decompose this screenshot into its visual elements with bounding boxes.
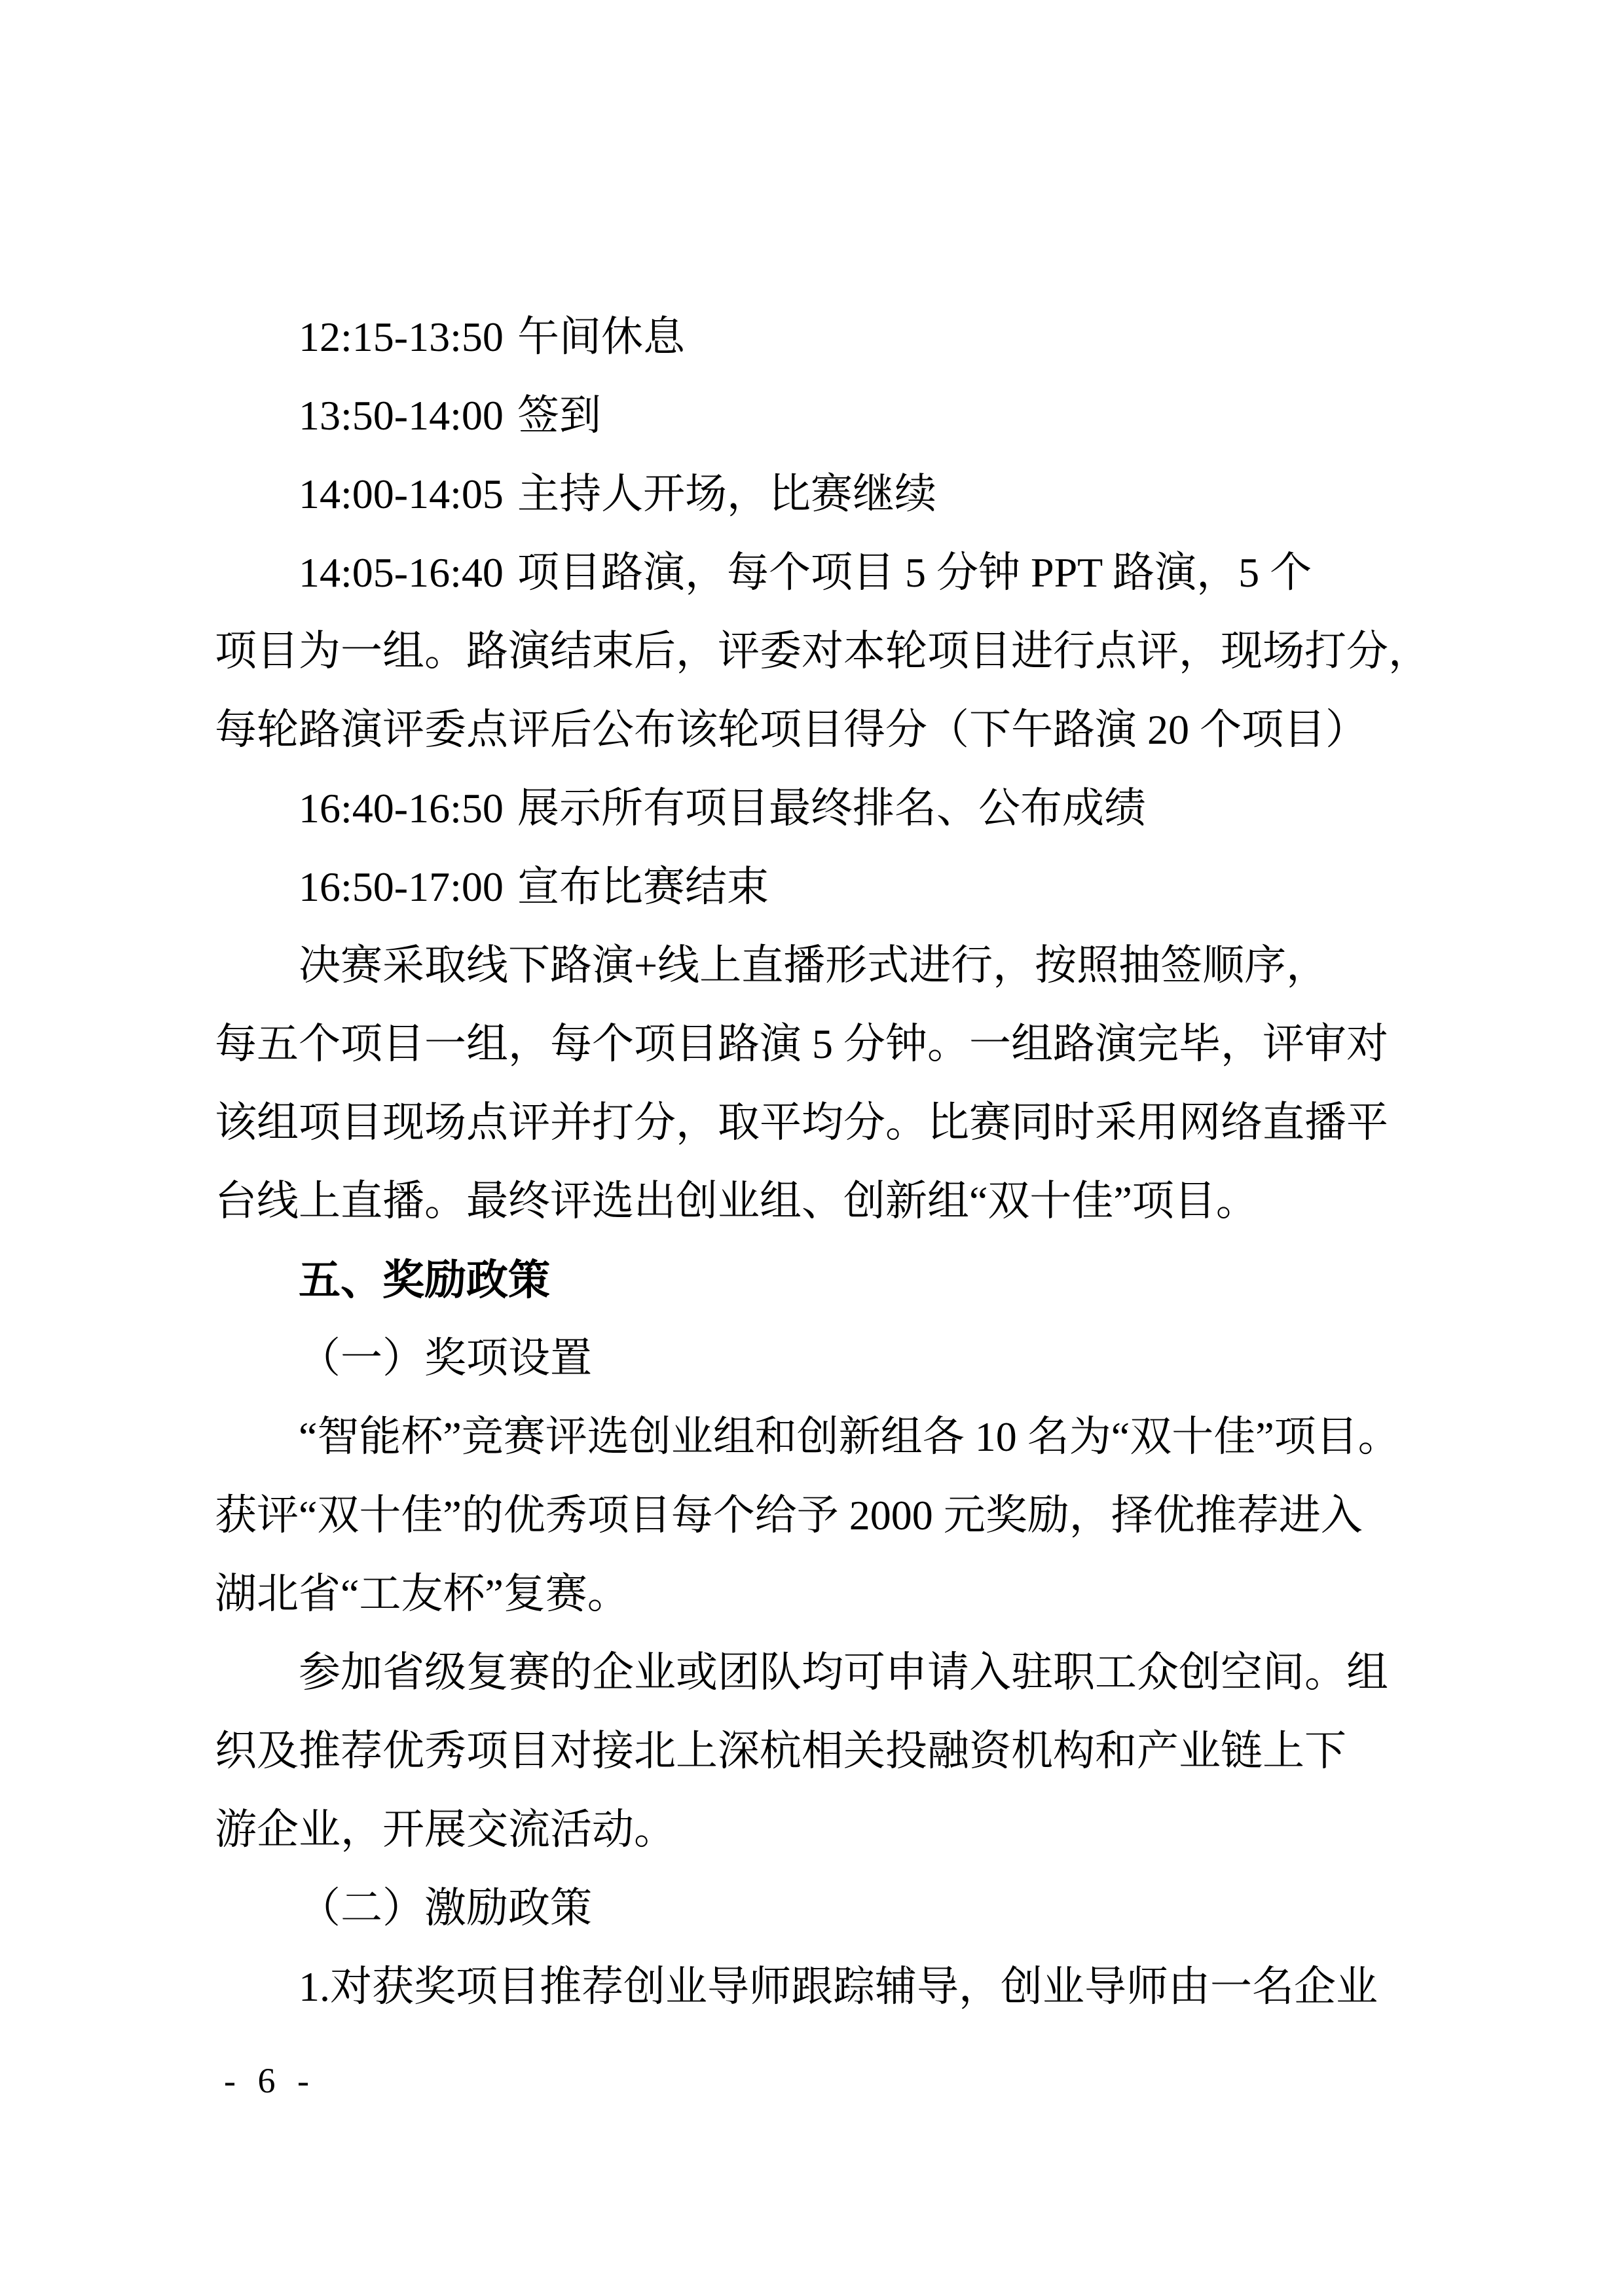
section-heading: 五、奖励政策 <box>215 1241 1433 1319</box>
schedule-row: 14:00-14:05主持人开场，比赛继续 <box>215 455 1433 534</box>
schedule-desc: 签到 <box>517 392 601 439</box>
schedule-desc: 展示所有项目最终排名、公布成绩 <box>517 785 1146 831</box>
schedule-time: 16:50-17:00 <box>299 848 517 926</box>
paragraph-line: 1.对获奖项目推荐创业导师跟踪辅导，创业导师由一名企业 <box>215 1948 1433 2026</box>
schedule-desc: 项目路演，每个项目 5 分钟 PPT 路演，5 个 <box>517 549 1312 596</box>
paragraph-line: “智能杯”竞赛评选创业组和创新组各 10 名为“双十佳”项目。 <box>215 1398 1433 1476</box>
document-body: 12:15-13:50午间休息 13:50-14:00签到 14:00-14:0… <box>215 298 1433 2026</box>
paragraph-line: 该组项目现场点评并打分，取平均分。比赛同时采用网络直播平 <box>215 1084 1433 1162</box>
paragraph-line: 游企业，开展交流活动。 <box>215 1791 1433 1869</box>
schedule-time: 12:15-13:50 <box>299 298 517 376</box>
schedule-desc: 午间休息 <box>517 314 685 360</box>
paragraph-line: 湖北省“工友杯”复赛。 <box>215 1555 1433 1633</box>
schedule-row: 16:40-16:50展示所有项目最终排名、公布成绩 <box>215 769 1433 848</box>
schedule-desc: 宣布比赛结束 <box>517 864 769 910</box>
schedule-row: 12:15-13:50午间休息 <box>215 298 1433 376</box>
schedule-time: 13:50-14:00 <box>299 376 517 455</box>
document-page: 12:15-13:50午间休息 13:50-14:00签到 14:00-14:0… <box>0 0 1624 2296</box>
paragraph-line: 台线上直播。最终评选出创业组、创新组“双十佳”项目。 <box>215 1162 1433 1241</box>
paragraph-line: 获评“双十佳”的优秀项目每个给予 2000 元奖励，择优推荐进入 <box>215 1476 1433 1555</box>
schedule-time: 16:40-16:50 <box>299 769 517 848</box>
schedule-time: 14:00-14:05 <box>299 455 517 534</box>
schedule-row: 16:50-17:00宣布比赛结束 <box>215 848 1433 926</box>
paragraph-line: 每五个项目一组，每个项目路演 5 分钟。一组路演完毕，评审对 <box>215 1005 1433 1084</box>
schedule-time: 14:05-16:40 <box>299 534 517 612</box>
paragraph-line: 参加省级复赛的企业或团队均可申请入驻职工众创空间。组 <box>215 1633 1433 1712</box>
schedule-row: 13:50-14:00签到 <box>215 376 1433 455</box>
paragraph-line: 织及推荐优秀项目对接北上深杭相关投融资机构和产业链上下 <box>215 1712 1433 1791</box>
paragraph-line: 每轮路演评委点评后公布该轮项目得分（下午路演 20 个项目） <box>215 691 1433 769</box>
page-number: - 6 - <box>224 2048 316 2113</box>
paragraph-line: 项目为一组。路演结束后，评委对本轮项目进行点评，现场打分， <box>215 612 1433 691</box>
paragraph-line: 决赛采取线下路演+线上直播形式进行，按照抽签顺序， <box>215 926 1433 1005</box>
sub-heading: （一）奖项设置 <box>215 1319 1433 1398</box>
sub-heading: （二）激励政策 <box>215 1869 1433 1948</box>
schedule-row: 14:05-16:40项目路演，每个项目 5 分钟 PPT 路演，5 个 <box>215 534 1433 612</box>
schedule-desc: 主持人开场，比赛继续 <box>517 471 936 517</box>
